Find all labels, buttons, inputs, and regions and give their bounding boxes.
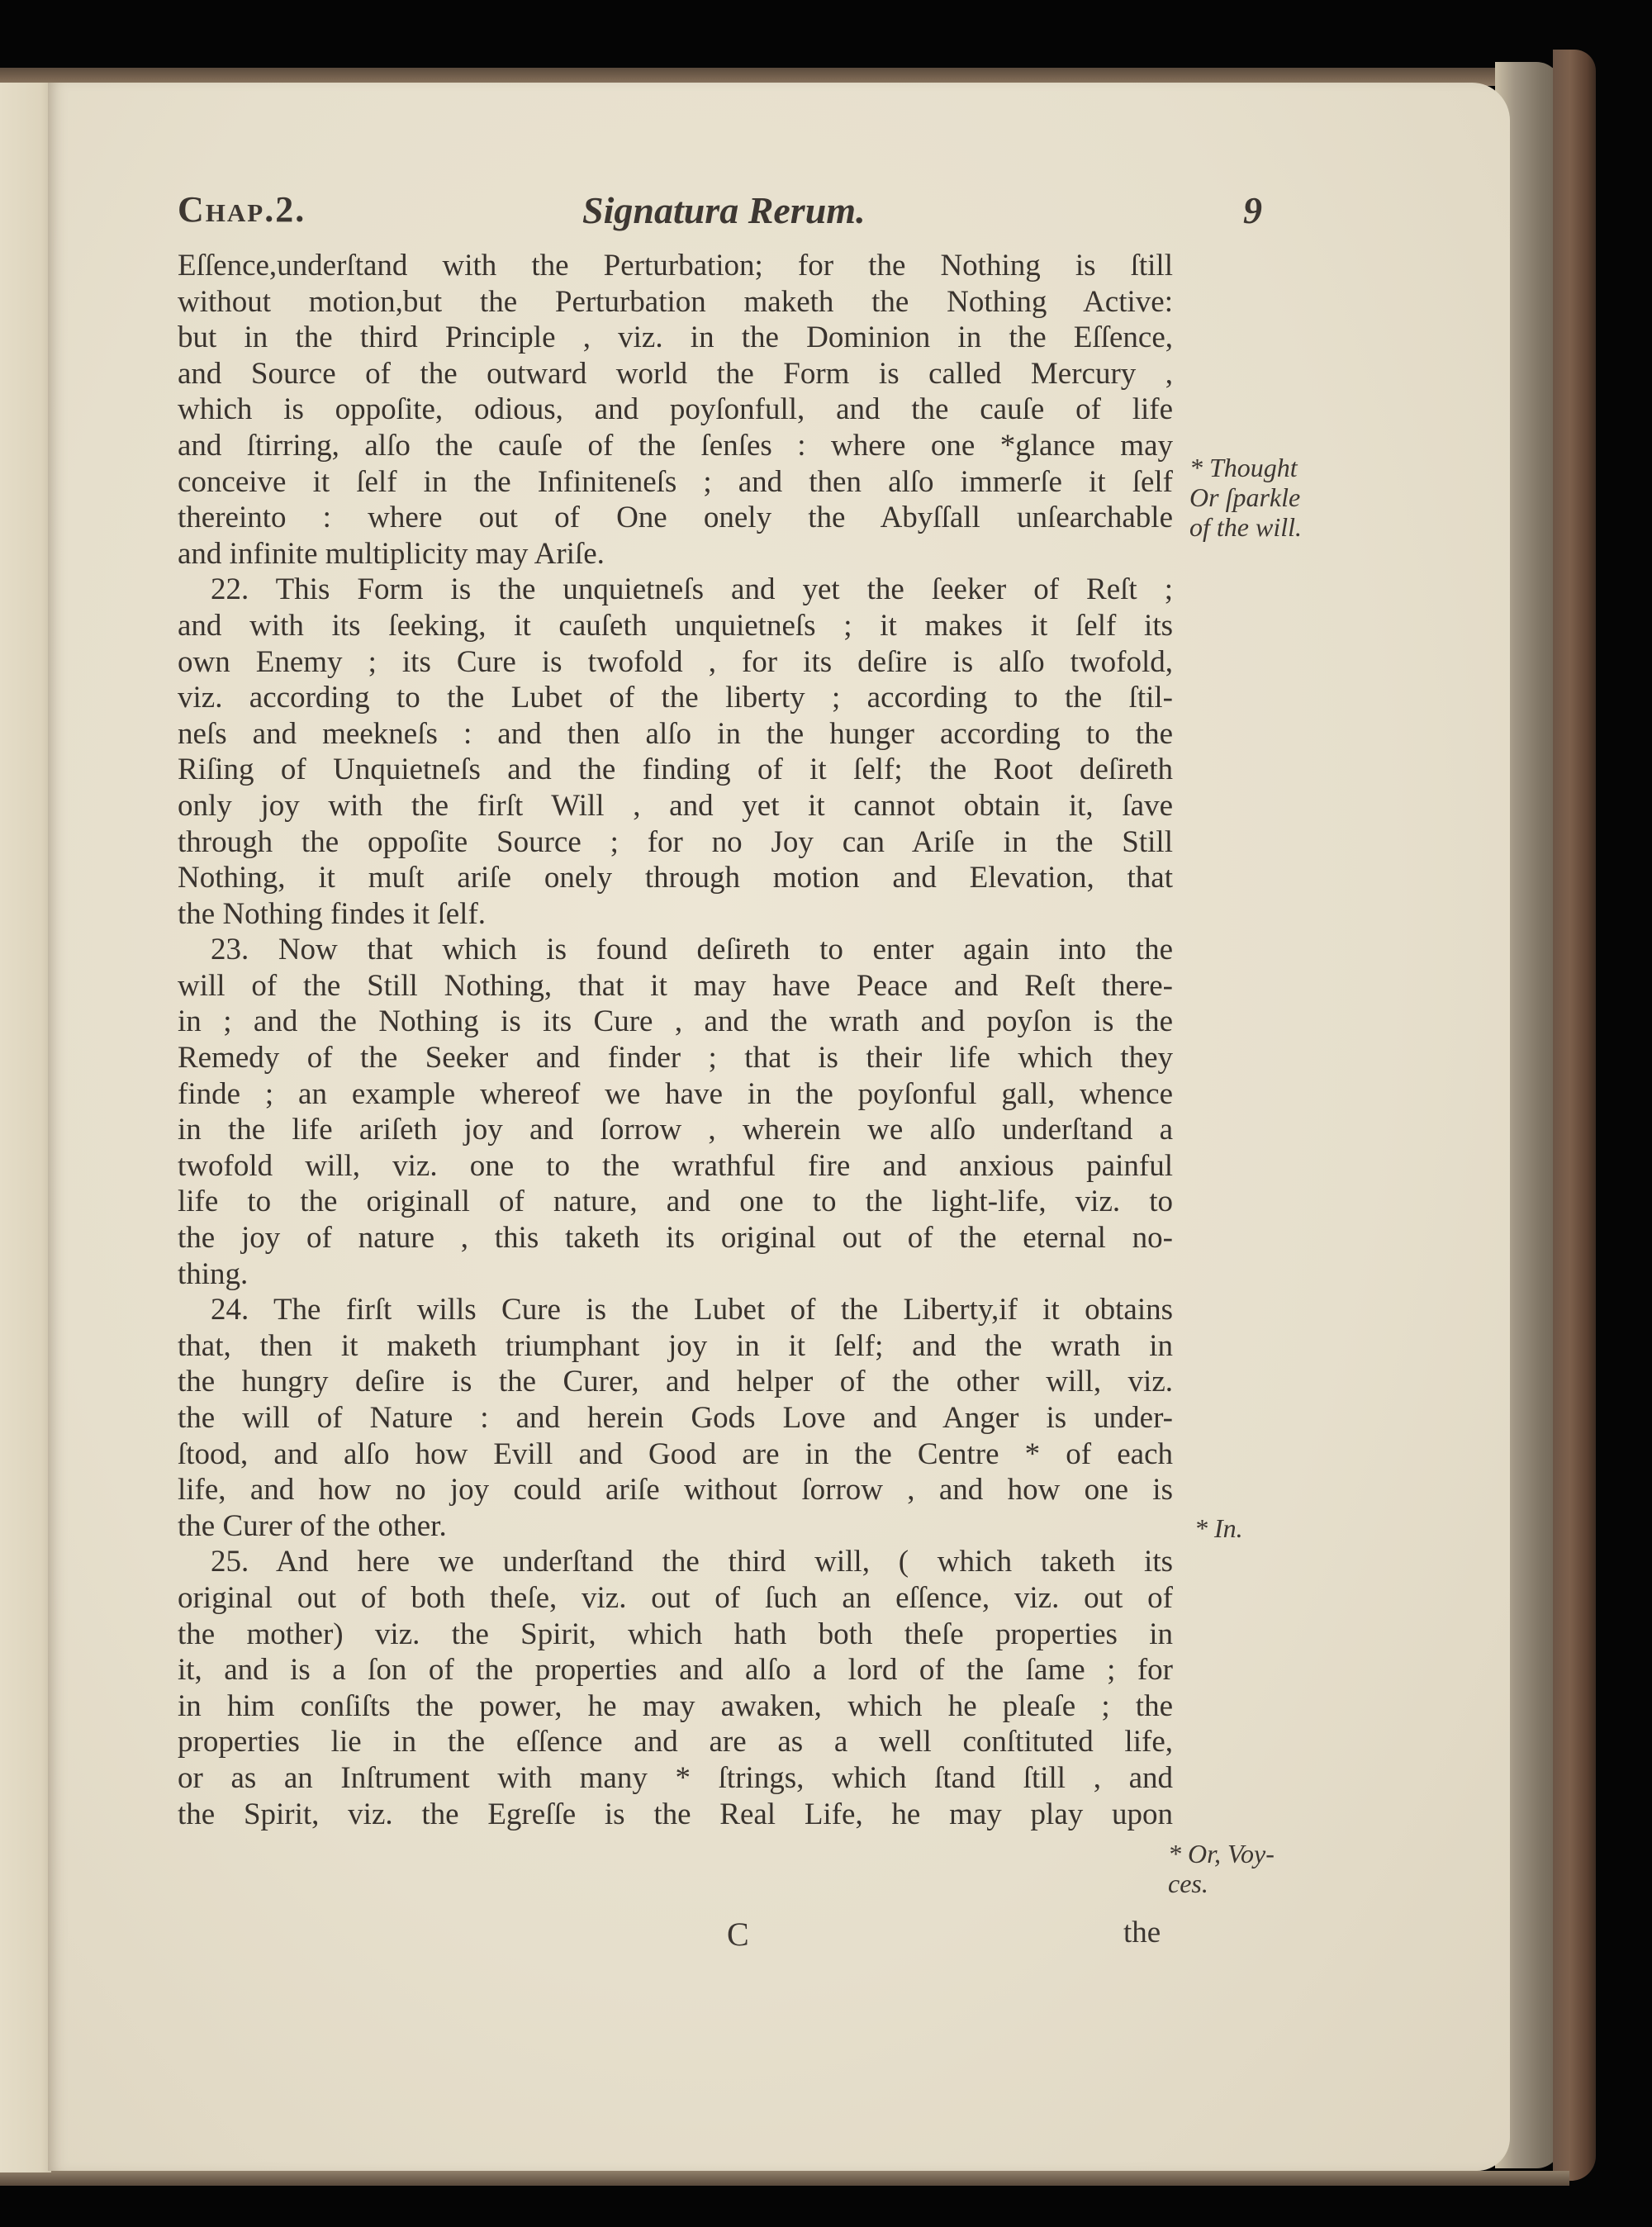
text-line: ſtood, and alſo how Evill and Good are i… — [178, 1436, 1173, 1473]
text-line: it, and is a ſon of the properties and a… — [178, 1652, 1173, 1688]
text-line: thereinto : where out of One onely the A… — [178, 500, 1173, 536]
leather-binding — [1553, 50, 1596, 2181]
text-line: 22. This Form is the unquietneſs and yet… — [178, 572, 1173, 608]
text-line: Nothing, it muſt ariſe onely through mot… — [178, 860, 1173, 896]
text-line: the joy of nature , this taketh its orig… — [178, 1220, 1173, 1256]
chapter-label: Chap.2. — [178, 188, 306, 230]
text-line: through the oppoſite Source ; for no Joy… — [178, 824, 1173, 861]
text-line: but in the third Principle , viz. in the… — [178, 320, 1173, 356]
book-bottom-edge — [0, 2171, 1569, 2186]
text-line: and infinite multiplicity may Ariſe. — [178, 536, 1173, 572]
text-line: only joy with the firſt Will , and yet i… — [178, 788, 1173, 824]
running-head: Chap.2. Signatura Rerum. 9 — [178, 188, 1351, 246]
text-line: and ſtirring, alſo the cauſe of the ſenſ… — [178, 428, 1173, 464]
text-line: thing. — [178, 1256, 1173, 1293]
text-line: Eſſence,underſtand with the Perturbation… — [178, 248, 1173, 284]
text-line: in the life ariſeth joy and ſorrow , whe… — [178, 1112, 1173, 1148]
signature-mark: C — [727, 1915, 749, 1954]
text-line: will of the Still Nothing, that it may h… — [178, 968, 1173, 1004]
text-line: that, then it maketh triumphant joy in i… — [178, 1328, 1173, 1365]
facing-page-strip — [0, 83, 51, 2172]
text-line: which is oppoſite, odious, and poyſonful… — [178, 392, 1173, 428]
text-line: the will of Nature : and herein Gods Lov… — [178, 1400, 1173, 1436]
text-line: the mother) viz. the Spirit, which hath … — [178, 1617, 1173, 1653]
running-title: Signatura Rerum. — [582, 188, 866, 232]
catchword: the — [1123, 1915, 1161, 1950]
text-line: neſs and meekneſs : and then alſo in the… — [178, 716, 1173, 753]
text-line: twofold will, viz. one to the wrathful f… — [178, 1148, 1173, 1185]
text-line: and Source of the outward world the Form… — [178, 356, 1173, 392]
text-line: 25. And here we underſtand the third wil… — [178, 1544, 1173, 1580]
text-line: life, and how no joy could ariſe without… — [178, 1472, 1173, 1508]
text-line: in him conſiſts the power, he may awaken… — [178, 1688, 1173, 1725]
text-line: original out of both theſe, viz. out of … — [178, 1580, 1173, 1617]
text-line: conceive it ſelf in the Infiniteneſs ; a… — [178, 464, 1173, 501]
text-line: or as an Inſtrument with many * ſtrings,… — [178, 1760, 1173, 1797]
text-line: finde ; an example whereof we have in th… — [178, 1076, 1173, 1113]
text-line: the Curer of the other. — [178, 1508, 1173, 1545]
text-line: the Spirit, viz. the Egreſſe is the Real… — [178, 1797, 1173, 1833]
text-line: properties lie in the eſſence and are as… — [178, 1724, 1173, 1760]
text-line: Riſing of Unquietneſs and the finding of… — [178, 752, 1173, 788]
text-line: Remedy of the Seeker and finder ; that i… — [178, 1040, 1173, 1076]
text-line: in ; and the Nothing is its Cure , and t… — [178, 1004, 1173, 1040]
text-line: the hungry deſire is the Curer, and help… — [178, 1364, 1173, 1400]
text-line: own Enemy ; its Cure is twofold , for it… — [178, 644, 1173, 681]
text-line: 23. Now that which is found deſireth to … — [178, 932, 1173, 968]
text-line: and with its ſeeking, it cauſeth unquiet… — [178, 608, 1173, 644]
page-number: 9 — [1243, 188, 1262, 232]
text-line: the Nothing findes it ſelf. — [178, 896, 1173, 933]
text-line: viz. according to the Lubet of the liber… — [178, 680, 1173, 716]
text-line: without motion,but the Perturbation make… — [178, 284, 1173, 321]
text-line: 24. The firſt wills Cure is the Lubet of… — [178, 1292, 1173, 1328]
body-text: Eſſence,underſtand with the Perturbation… — [178, 248, 1173, 1832]
text-line: life to the originall of nature, and one… — [178, 1184, 1173, 1220]
